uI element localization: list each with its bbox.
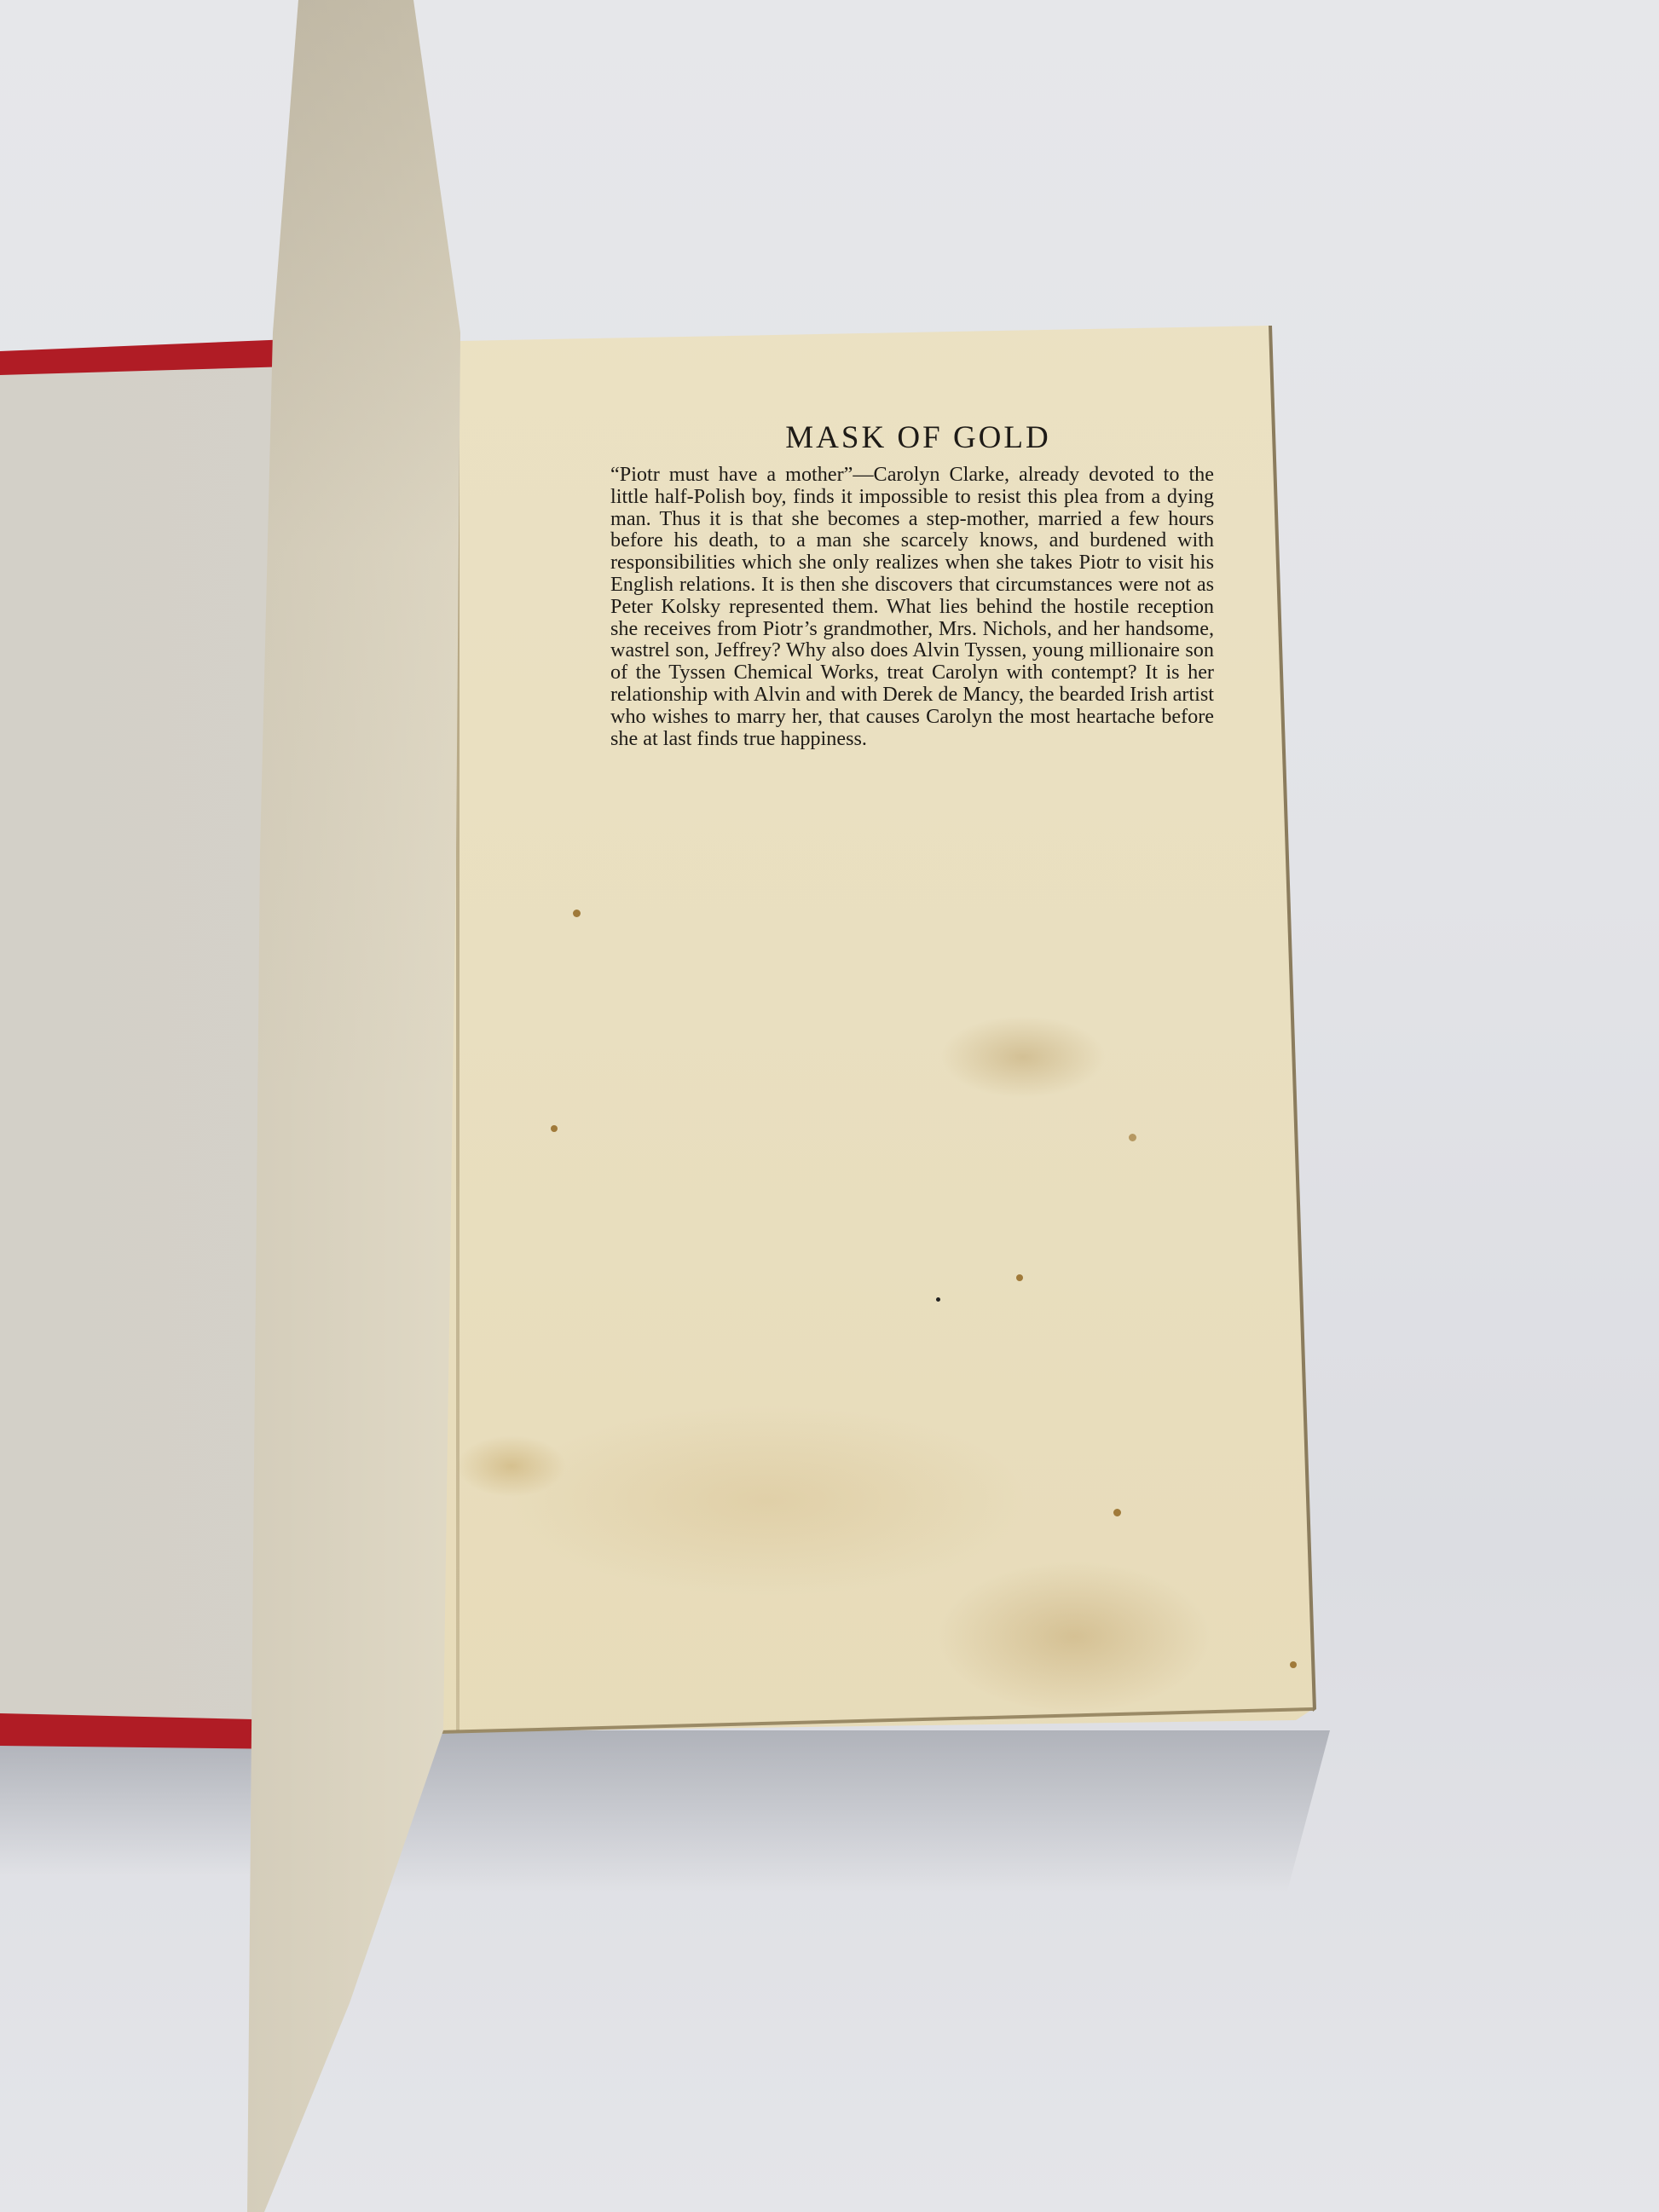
- ink-speck: [936, 1297, 940, 1302]
- synopsis-paragraph: “Piotr must have a mother”—Carolyn Clark…: [610, 464, 1214, 749]
- foxing-spot: [1290, 1661, 1297, 1668]
- synopsis-text-block: MASK OF GOLD “Piotr must have a mother”—…: [610, 419, 1214, 749]
- foxing-spot: [1113, 1509, 1121, 1516]
- foxing-spot: [1129, 1134, 1136, 1141]
- cover-shadow: [0, 1739, 273, 1875]
- book-title: MASK OF GOLD: [622, 419, 1214, 457]
- foxing-spot: [551, 1125, 558, 1132]
- foxing-spot: [573, 910, 581, 917]
- foxing-spot: [1016, 1274, 1023, 1281]
